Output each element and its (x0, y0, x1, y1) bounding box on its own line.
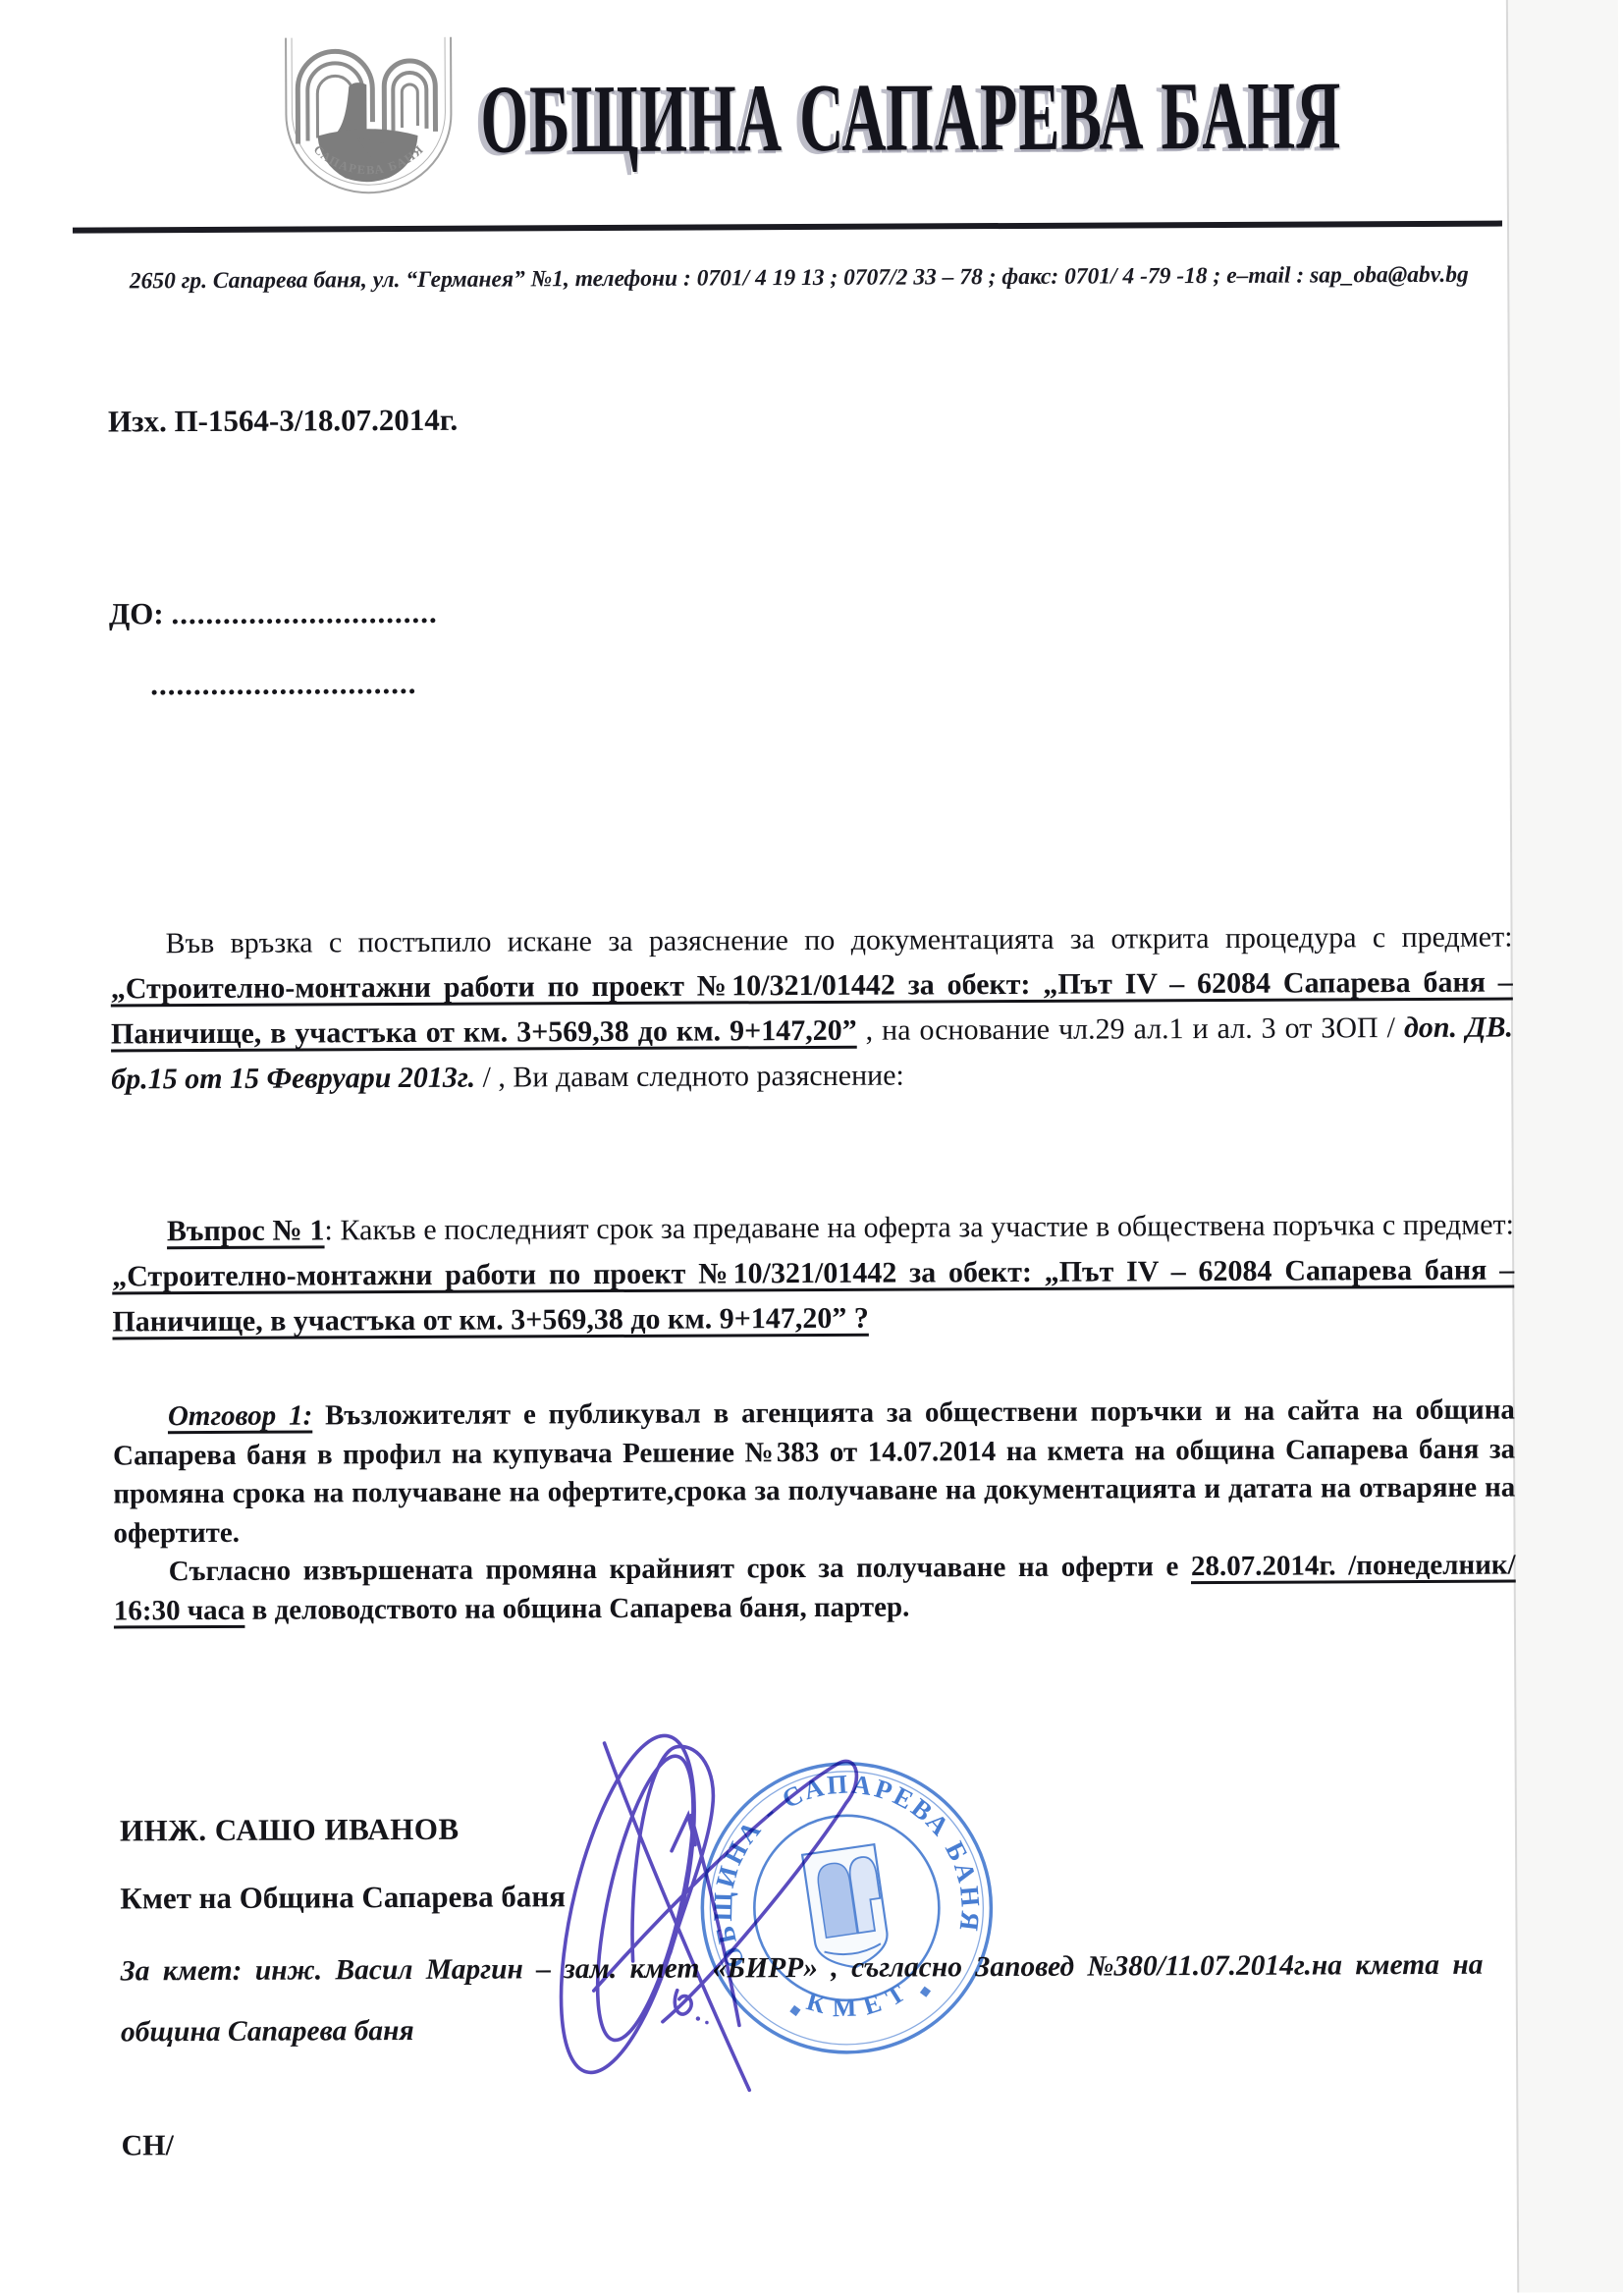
typist-initials: СН/ (121, 2129, 174, 2162)
signer-title: Кмет на Община Сапарева баня (120, 1879, 566, 1916)
question-project-subject: „Строително-монтажни работи по проект №1… (112, 1254, 1514, 1339)
intro-paragraph: Във връзка с постъпило искане за разясне… (110, 915, 1513, 1103)
reference-number: Изх. П-1564-3/18.07.2014г. (108, 403, 458, 440)
for-mayor-line-2: община Сапарева баня (121, 2015, 414, 2049)
answer-text-2: Съгласно извършената промяна крайният ср… (169, 1551, 1191, 1587)
to-label: ДО: (109, 596, 164, 630)
intro-text-1: Във връзка с постъпило искане за разясне… (165, 921, 1512, 960)
signer-name: ИНЖ. САШО ИВАНОВ (120, 1812, 460, 1849)
scanned-letter-page: САПАРЕВА БАНЯ ОБЩИНА САПАРЕВА БАНЯ 2650 … (0, 0, 1623, 2296)
addressee-block: ДО: ............................... (109, 595, 438, 632)
answer-block: Отговор 1: Възложителят е публикувал в а… (113, 1392, 1516, 1631)
intro-text-2: , на основание чл.29 ал.1 и ал. 3 от ЗОП… (857, 1011, 1404, 1047)
address-line: 2650 гр. Сапарева баня, ул. “Германея” №… (89, 262, 1508, 296)
answer-text-1: Възложителят е публикувал в агенцията за… (113, 1394, 1515, 1549)
handwritten-signature-icon (533, 1724, 889, 2104)
question-text-1: : Какъв е последният срок за предаване н… (324, 1209, 1514, 1247)
question-label: Въпрос № 1 (167, 1214, 325, 1247)
answer-label: Отговор 1: (168, 1399, 312, 1432)
answer-paragraph-1: Отговор 1: Възложителят е публикувал в а… (113, 1392, 1516, 1554)
municipality-logo-icon: САПАРЕВА БАНЯ (268, 27, 470, 207)
answer-text-3: в деловодството на община Сапарева баня,… (244, 1591, 909, 1625)
intro-text-3: / , Ви давам следното разяснение: (475, 1060, 904, 1094)
organization-title: ОБЩИНА САПАРЕВА БАНЯ (480, 60, 1342, 175)
to-dotted-line-1: ............................... (171, 595, 437, 630)
to-dotted-line-2: ............................... (150, 666, 416, 702)
question-paragraph: Въпрос № 1: Какъв е последният срок за п… (112, 1203, 1515, 1345)
header-rule (73, 221, 1502, 234)
paper-sheet: САПАРЕВА БАНЯ ОБЩИНА САПАРЕВА БАНЯ 2650 … (0, 0, 1623, 2296)
answer-paragraph-2: Съгласно извършената промяна крайният ср… (114, 1547, 1516, 1631)
scan-edge-strip (1508, 0, 1623, 2292)
